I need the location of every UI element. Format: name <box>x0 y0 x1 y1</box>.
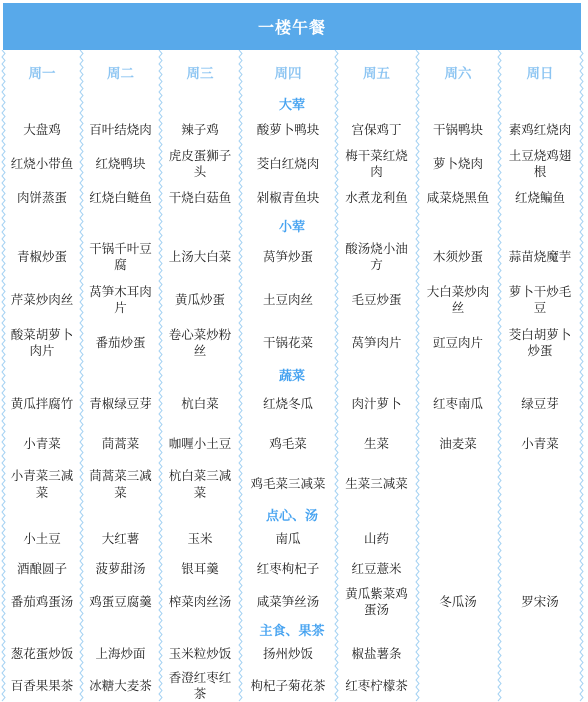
menu-item-cell: 冰糖大麦茶 <box>81 671 160 701</box>
menu-item-cell: 杭白菜三减菜 <box>160 465 240 505</box>
menu-item-cell <box>499 671 581 701</box>
menu-item-cell: 茭白胡萝卜炒蛋 <box>499 322 581 365</box>
menu-item-cell: 红烧鳊鱼 <box>499 182 581 216</box>
menu-item-cell: 酸萝卜鸭块 <box>240 113 336 147</box>
menu-item-cell: 大红薯 <box>81 525 160 555</box>
table-row: 百香果果茶冰糖大麦茶香澄红枣红茶枸杞子菊花茶红枣柠檬茶 <box>3 669 581 702</box>
menu-item-cell: 大盘鸡 <box>3 113 81 147</box>
menu-item-cell: 鸡毛菜三减菜 <box>240 465 336 505</box>
menu-item-cell: 菠萝甜汤 <box>81 555 160 585</box>
menu-item-cell <box>417 525 499 555</box>
menu-item-cell: 宫保鸡丁 <box>336 113 417 147</box>
table-row: 小青菜茼蒿菜咖喱小土豆鸡毛菜生菜油麦菜小青菜 <box>3 425 581 465</box>
day-header: 周一 <box>3 61 81 83</box>
menu-item-cell: 黄瓜炒蛋 <box>160 279 240 322</box>
menu-item-cell: 干锅千叶豆腐 <box>81 236 160 279</box>
menu-item-cell: 卷心菜炒粉丝 <box>160 322 240 365</box>
menu-item-cell: 红烧白鲢鱼 <box>81 182 160 216</box>
menu-item-cell: 干烧白菇鱼 <box>160 182 240 216</box>
day-header: 周四 <box>240 61 336 83</box>
menu-item-cell: 绿豆芽 <box>499 385 581 425</box>
menu-grid: 周一周二周三周四周五周六周日大荤大盘鸡百叶结烧肉辣子鸡酸萝卜鸭块宫保鸡丁干锅鸭块… <box>3 50 581 702</box>
section-label: 大荤 <box>3 93 581 113</box>
menu-item-cell <box>417 671 499 701</box>
menu-title-bar: 一楼午餐 <box>3 3 581 50</box>
menu-item-cell: 木须炒蛋 <box>417 236 499 279</box>
menu-item-cell: 肉汁萝卜 <box>336 385 417 425</box>
menu-item-cell: 南瓜 <box>240 525 336 555</box>
table-row: 黄瓜拌腐竹青椒绿豆芽杭白菜红烧冬瓜肉汁萝卜红枣南瓜绿豆芽 <box>3 385 581 425</box>
lunch-menu-page: 一楼午餐 周一周二周三周四周五周六周日大荤大盘鸡百叶结烧肉辣子鸡酸萝卜鸭块宫保鸡… <box>0 0 588 702</box>
menu-item-cell: 生菜三减菜 <box>336 465 417 505</box>
menu-item-cell: 酸菜胡萝卜肉片 <box>3 322 81 365</box>
menu-item-cell: 黄瓜紫菜鸡蛋汤 <box>336 585 417 620</box>
menu-item-cell <box>417 555 499 585</box>
menu-item-cell: 红烧冬瓜 <box>240 385 336 425</box>
menu-item-cell: 扬州炒饭 <box>240 639 336 669</box>
menu-item-cell: 青椒绿豆芽 <box>81 385 160 425</box>
menu-item-cell: 茭白红烧肉 <box>240 147 336 181</box>
table-row: 酒酿圆子菠萝甜汤银耳羹红枣枸杞子红豆薏米 <box>3 555 581 585</box>
table-row: 周一周二周三周四周五周六周日 <box>3 50 581 93</box>
section-label: 点心、汤 <box>3 505 581 525</box>
menu-item-cell <box>417 465 499 505</box>
menu-item-cell: 番茄鸡蛋汤 <box>3 587 81 617</box>
menu-item-cell: 红豆薏米 <box>336 555 417 585</box>
menu-item-cell: 茼蒿菜三减菜 <box>81 465 160 505</box>
menu-item-cell: 干锅花菜 <box>240 322 336 365</box>
menu-item-cell: 水煮龙利鱼 <box>336 182 417 216</box>
menu-item-cell <box>499 465 581 505</box>
menu-item-cell: 茼蒿菜 <box>81 425 160 465</box>
menu-item-cell: 上汤大白菜 <box>160 236 240 279</box>
menu-item-cell: 萝卜烧肉 <box>417 147 499 181</box>
table-row: 红烧小带鱼红烧鸭块虎皮蛋狮子头茭白红烧肉梅干菜红烧肉萝卜烧肉土豆烧鸡翅根 <box>3 147 581 182</box>
day-header: 周六 <box>417 61 499 83</box>
menu-title: 一楼午餐 <box>258 15 326 38</box>
menu-item-cell: 山药 <box>336 525 417 555</box>
menu-item-cell: 榨菜肉丝汤 <box>160 587 240 617</box>
menu-item-cell <box>499 555 581 585</box>
menu-item-cell: 小青菜三减菜 <box>3 465 81 505</box>
menu-item-cell: 萝卜干炒毛豆 <box>499 279 581 322</box>
day-header: 周五 <box>336 61 417 83</box>
menu-item-cell: 玉米粒炒饭 <box>160 639 240 669</box>
menu-item-cell: 红枣枸杞子 <box>240 555 336 585</box>
menu-item-cell: 莴笋炒蛋 <box>240 236 336 279</box>
menu-item-cell: 酸汤烧小油方 <box>336 236 417 279</box>
menu-item-cell: 肉饼蒸蛋 <box>3 182 81 216</box>
menu-item-cell: 枸杞子菊花茶 <box>240 671 336 701</box>
menu-item-cell: 玉米 <box>160 525 240 555</box>
menu-item-cell <box>499 639 581 669</box>
menu-item-cell: 椒盐薯条 <box>336 639 417 669</box>
menu-item-cell: 番茄炒蛋 <box>81 322 160 365</box>
menu-item-cell: 杭白菜 <box>160 385 240 425</box>
section-label: 主食、果茶 <box>3 619 581 639</box>
day-header: 周二 <box>81 61 160 83</box>
menu-item-cell: 酒酿圆子 <box>3 555 81 585</box>
table-row: 芹菜炒肉丝莴笋木耳肉片黄瓜炒蛋土豆肉丝毛豆炒蛋大白菜炒肉丝萝卜干炒毛豆 <box>3 279 581 322</box>
table-row: 小青菜三减菜茼蒿菜三减菜杭白菜三减菜鸡毛菜三减菜生菜三减菜 <box>3 465 581 505</box>
menu-item-cell: 咸菜烧黑鱼 <box>417 182 499 216</box>
menu-item-cell: 百叶结烧肉 <box>81 113 160 147</box>
menu-item-cell: 素鸡红烧肉 <box>499 113 581 147</box>
menu-item-cell: 小青菜 <box>3 425 81 465</box>
table-row: 酸菜胡萝卜肉片番茄炒蛋卷心菜炒粉丝干锅花菜莴笋肉片豇豆肉片茭白胡萝卜炒蛋 <box>3 322 581 365</box>
menu-item-cell: 红枣柠檬茶 <box>336 671 417 701</box>
menu-item-cell: 大白菜炒肉丝 <box>417 279 499 322</box>
menu-item-cell: 冬瓜汤 <box>417 587 499 617</box>
menu-item-cell: 辣子鸡 <box>160 113 240 147</box>
day-header: 周日 <box>499 61 581 83</box>
menu-item-cell: 土豆肉丝 <box>240 279 336 322</box>
menu-item-cell: 土豆烧鸡翅根 <box>499 147 581 182</box>
menu-item-cell: 红枣南瓜 <box>417 385 499 425</box>
table-row: 葱花蛋炒饭上海炒面玉米粒炒饭扬州炒饭椒盐薯条 <box>3 639 581 669</box>
menu-item-cell: 芹菜炒肉丝 <box>3 279 81 322</box>
menu-item-cell: 毛豆炒蛋 <box>336 279 417 322</box>
menu-item-cell: 罗宋汤 <box>499 587 581 617</box>
day-header: 周三 <box>160 61 240 83</box>
menu-item-cell: 蒜苗烧魔芋 <box>499 236 581 279</box>
menu-item-cell: 小土豆 <box>3 525 81 555</box>
table-row: 青椒炒蛋干锅千叶豆腐上汤大白菜莴笋炒蛋酸汤烧小油方木须炒蛋蒜苗烧魔芋 <box>3 236 581 279</box>
table-row: 小土豆大红薯玉米南瓜山药 <box>3 525 581 555</box>
section-label: 蔬菜 <box>3 365 581 385</box>
menu-item-cell: 葱花蛋炒饭 <box>3 639 81 669</box>
menu-item-cell: 鸡毛菜 <box>240 425 336 465</box>
menu-item-cell: 鸡蛋豆腐羹 <box>81 587 160 617</box>
menu-item-cell: 梅干菜红烧肉 <box>336 147 417 182</box>
menu-item-cell: 小青菜 <box>499 425 581 465</box>
menu-item-cell: 红烧鸭块 <box>81 147 160 181</box>
section-label: 小荤 <box>3 216 581 236</box>
menu-item-cell: 黄瓜拌腐竹 <box>3 385 81 425</box>
menu-item-cell: 剁椒青鱼块 <box>240 182 336 216</box>
menu-item-cell <box>417 639 499 669</box>
menu-item-cell: 莴笋木耳肉片 <box>81 279 160 322</box>
menu-item-cell: 红烧小带鱼 <box>3 147 81 181</box>
menu-item-cell: 青椒炒蛋 <box>3 236 81 279</box>
menu-item-cell: 豇豆肉片 <box>417 322 499 365</box>
menu-item-cell: 香澄红枣红茶 <box>160 669 240 702</box>
menu-item-cell: 百香果果茶 <box>3 671 81 701</box>
menu-item-cell: 莴笋肉片 <box>336 322 417 365</box>
menu-item-cell: 上海炒面 <box>81 639 160 669</box>
table-row: 大盘鸡百叶结烧肉辣子鸡酸萝卜鸭块宫保鸡丁干锅鸭块素鸡红烧肉 <box>3 113 581 147</box>
menu-item-cell: 干锅鸭块 <box>417 113 499 147</box>
table-row: 番茄鸡蛋汤鸡蛋豆腐羹榨菜肉丝汤咸菜笋丝汤黄瓜紫菜鸡蛋汤冬瓜汤罗宋汤 <box>3 585 581 620</box>
table-row: 肉饼蒸蛋红烧白鲢鱼干烧白菇鱼剁椒青鱼块水煮龙利鱼咸菜烧黑鱼红烧鳊鱼 <box>3 182 581 216</box>
menu-item-cell: 咸菜笋丝汤 <box>240 587 336 617</box>
menu-item-cell: 银耳羹 <box>160 555 240 585</box>
menu-item-cell <box>499 525 581 555</box>
menu-item-cell: 虎皮蛋狮子头 <box>160 147 240 182</box>
menu-item-cell: 咖喱小土豆 <box>160 425 240 465</box>
menu-item-cell: 生菜 <box>336 425 417 465</box>
menu-item-cell: 油麦菜 <box>417 425 499 465</box>
